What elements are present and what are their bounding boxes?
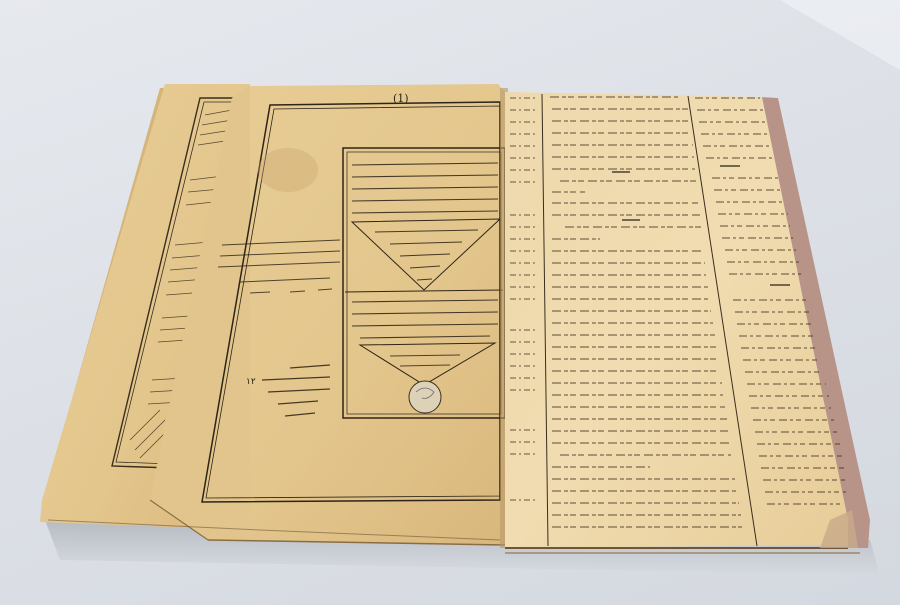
svg-text:١٢: ١٢	[246, 377, 256, 387]
book-photo: (1)	[0, 0, 900, 605]
svg-text:(1): (1)	[393, 92, 409, 105]
